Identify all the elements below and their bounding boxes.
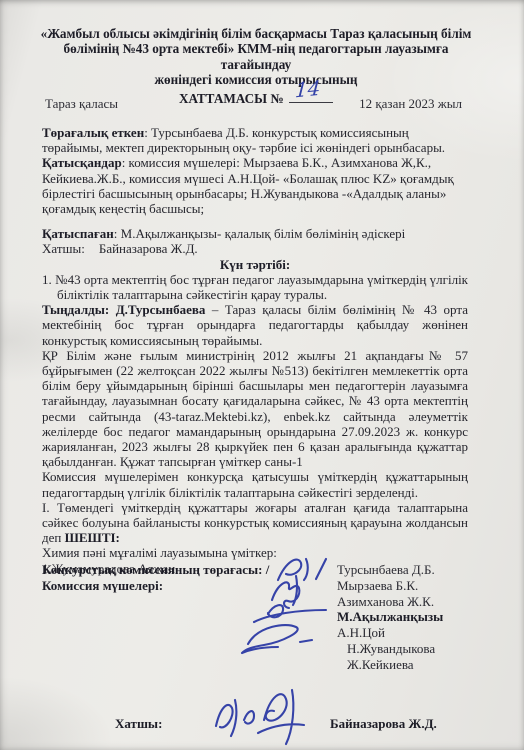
heard-label: Тыңдалды: Д.Турсынбаева — [42, 302, 205, 317]
title-line-3: жөніндегі комиссия отырысының — [30, 72, 482, 87]
footer-secretary-name: Байназарова Ж.Д. — [330, 716, 437, 731]
signer-name: Мырзаева Б.К. — [337, 578, 443, 594]
vacancy-line: Химия пәні мұғалімі лауазымына үміткер: — [42, 545, 468, 560]
signature-names: Турсынбаева Д.Б. Мырзаева Б.К. Азимханов… — [337, 562, 443, 673]
member-signature-ink-2 — [250, 598, 330, 626]
document-body: Төрағалық еткен: Турсынбаева Д.Б. конкур… — [42, 125, 468, 576]
signer-name: М.Ақылжанқызы — [337, 609, 443, 625]
chaired-paragraph: Төрағалық еткен: Турсынбаева Д.Б. конкур… — [42, 125, 468, 155]
heard-paragraph: Тыңдалды: Д.Турсынбаева – Тараз қаласы б… — [42, 302, 468, 348]
members-signature-label: Комиссия мүшелері: — [42, 578, 269, 594]
absent-label: Қатыспаған — [42, 226, 114, 241]
decision-paragraph: I. Төмендегі үміткердің құжаттары жоғары… — [42, 500, 468, 546]
scanned-protocol-document: «Жамбыл облысы әкімдігінің білім басқарм… — [0, 0, 524, 750]
document-header: «Жамбыл облысы әкімдігінің білім басқарм… — [30, 26, 482, 106]
footer-secretary-label: Хатшы: — [115, 716, 162, 731]
member-signature-ink-3 — [238, 620, 326, 658]
date-label: 12 қазан 2023 жыл — [359, 96, 462, 111]
signature-labels: Конкурстық комиссияның төрағасы: / Комис… — [42, 562, 269, 594]
agenda-item-1: 1. №43 орта мектептің бос тұрған педагог… — [42, 272, 468, 302]
review-paragraph: Комиссия мүшелерімен конкурсқа қатысушы … — [42, 469, 468, 499]
secretary-line-label: Хатшы: — [42, 241, 85, 256]
decision-resolved-word: ШЕШТІ: — [65, 530, 120, 545]
secretary-signature-ink — [208, 686, 324, 748]
attendees-paragraph: Қатысқандар: комиссия мүшелері: Мырзаева… — [42, 155, 468, 216]
agenda-heading: Күн тәртібі: — [42, 257, 468, 272]
signer-name: Азимханова Ж.К. — [337, 594, 443, 610]
title-line-2: бөлімінің №43 орта мектебі» КММ-нің педа… — [30, 41, 482, 72]
order-paragraph: ҚР Білім және ғылым министрінің 2012 жыл… — [42, 348, 468, 470]
city-label: Тараз қаласы — [45, 96, 118, 111]
title-line-1: «Жамбыл облысы әкімдігінің білім басқарм… — [30, 26, 482, 41]
secretary-line-name: Байназарова Ж.Д. — [99, 241, 198, 256]
signer-name: А.Н.Цой — [337, 625, 443, 641]
place-date-row: Тараз қаласы 12 қазан 2023 жыл — [45, 96, 462, 111]
signer-name: Ж.Кейкиева — [337, 657, 443, 673]
secretary-line: Хатшы:Байназарова Ж.Д. — [42, 241, 468, 256]
absent-text: : М.Ақылжанқызы- қалалық білім бөлімінің… — [114, 226, 405, 241]
attendees-label: Қатысқандар — [42, 155, 122, 170]
chaired-label: Төрағалық еткен — [42, 125, 144, 140]
absent-paragraph: Қатыспаған: М.Ақылжанқызы- қалалық білім… — [42, 226, 468, 241]
chair-signature-label: Конкурстық комиссияның төрағасы: / — [42, 562, 269, 578]
signer-name: Н.Жувандыкова — [337, 641, 443, 657]
signer-name: Турсынбаева Д.Б. — [337, 562, 443, 578]
